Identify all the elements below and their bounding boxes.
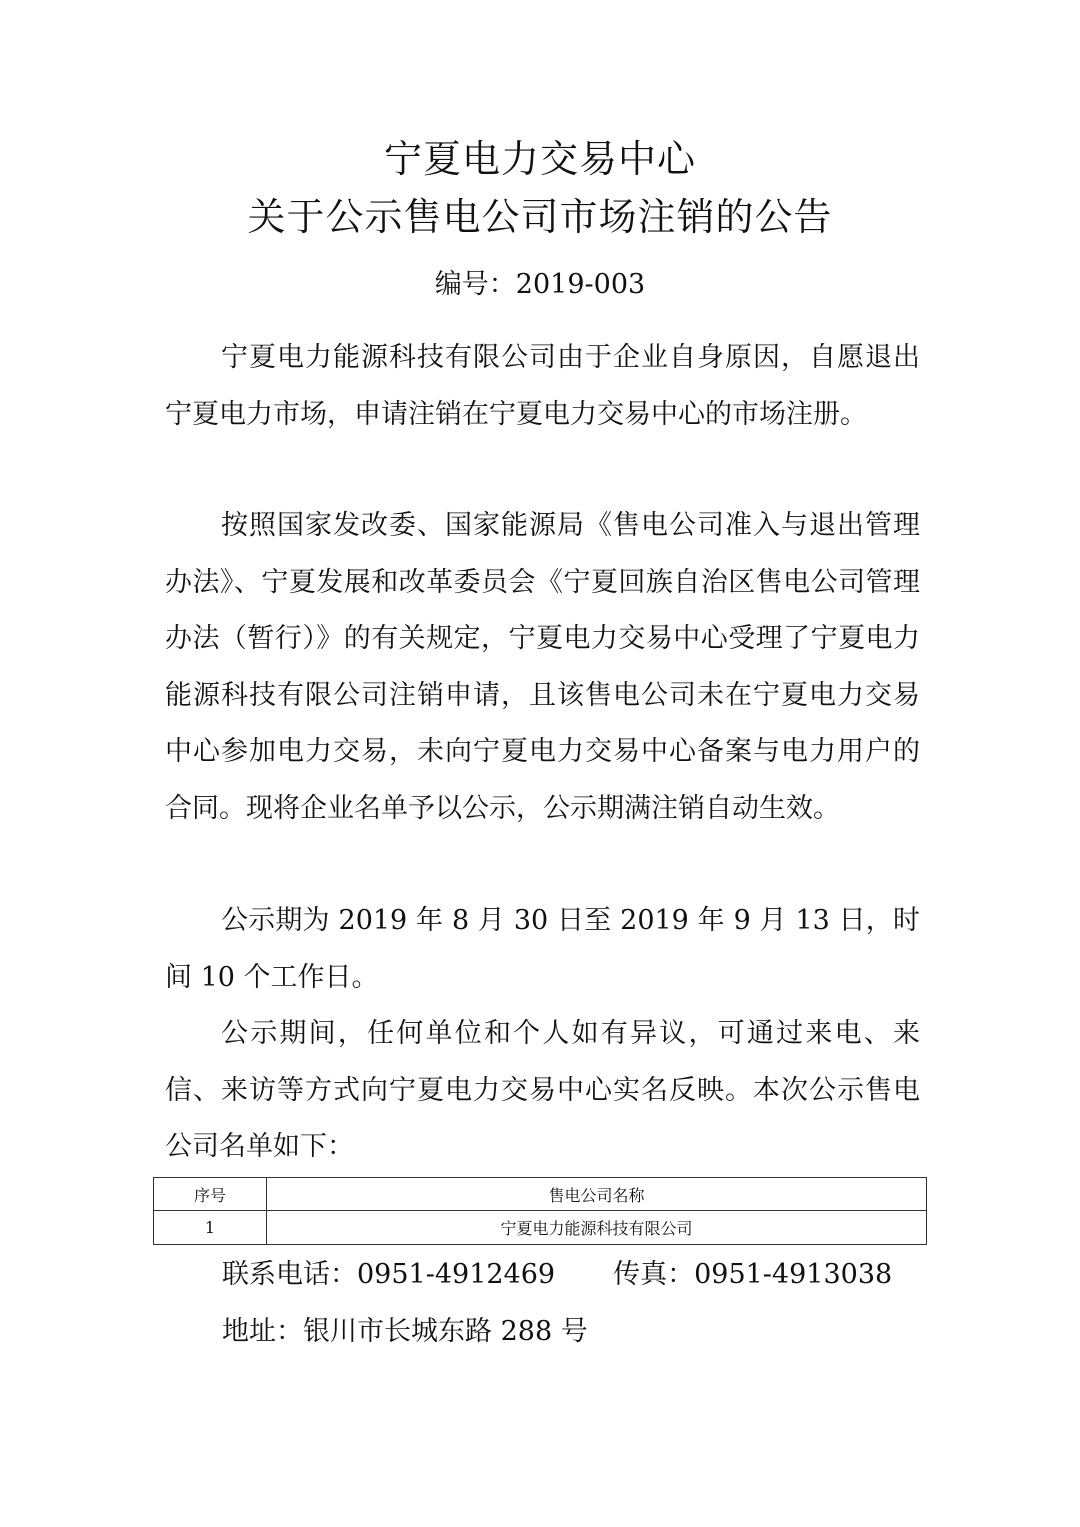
paragraph-1: 宁夏电力能源科技有限公司由于企业自身原因，自愿退出宁夏电力市场，申请注销在宁夏电…: [165, 330, 920, 443]
contact-phone: 联系电话：0951-4912469: [222, 1259, 555, 1290]
paragraph-text: 按照国家发改委、国家能源局《售电公司准入与退出管理办法》、宁夏发展和改革委员会《…: [165, 498, 920, 837]
paragraph-2: 按照国家发改委、国家能源局《售电公司准入与退出管理办法》、宁夏发展和改革委员会《…: [165, 498, 920, 837]
paragraph-4: 公示期间，任何单位和个人如有异议，可通过来电、来信、来访等方式向宁夏电力交易中心…: [165, 1006, 920, 1176]
cell-index: 1: [154, 1211, 267, 1245]
document-number: 编号：2019-003: [0, 265, 1080, 305]
paragraph-3: 公示期为 2019 年 8 月 30 日至 2019 年 9 月 13 日，时间…: [165, 893, 920, 1006]
table-row: 1 宁夏电力能源科技有限公司: [154, 1211, 927, 1245]
contact-address: 地址：银川市长城东路 288 号: [222, 1312, 588, 1352]
paragraph-text: 宁夏电力能源科技有限公司由于企业自身原因，自愿退出宁夏电力市场，申请注销在宁夏电…: [165, 330, 920, 443]
paragraph-text: 公示期间，任何单位和个人如有异议，可通过来电、来信、来访等方式向宁夏电力交易中心…: [165, 1006, 920, 1176]
table-header-row: 序号 售电公司名称: [154, 1178, 927, 1211]
company-list-table: 序号 售电公司名称 1 宁夏电力能源科技有限公司: [153, 1177, 927, 1245]
paragraph-text: 公示期为 2019 年 8 月 30 日至 2019 年 9 月 13 日，时间…: [165, 893, 920, 1006]
cell-company-name: 宁夏电力能源科技有限公司: [267, 1211, 927, 1245]
header-index: 序号: [154, 1178, 267, 1211]
title-organization: 宁夏电力交易中心: [0, 134, 1080, 184]
contact-fax: 传真：0951-4913038: [613, 1255, 892, 1295]
contact-line: 联系电话：0951-4912469传真：0951-4913038: [222, 1255, 892, 1295]
title-announcement: 关于公示售电公司市场注销的公告: [0, 192, 1080, 242]
header-company-name: 售电公司名称: [267, 1178, 927, 1211]
